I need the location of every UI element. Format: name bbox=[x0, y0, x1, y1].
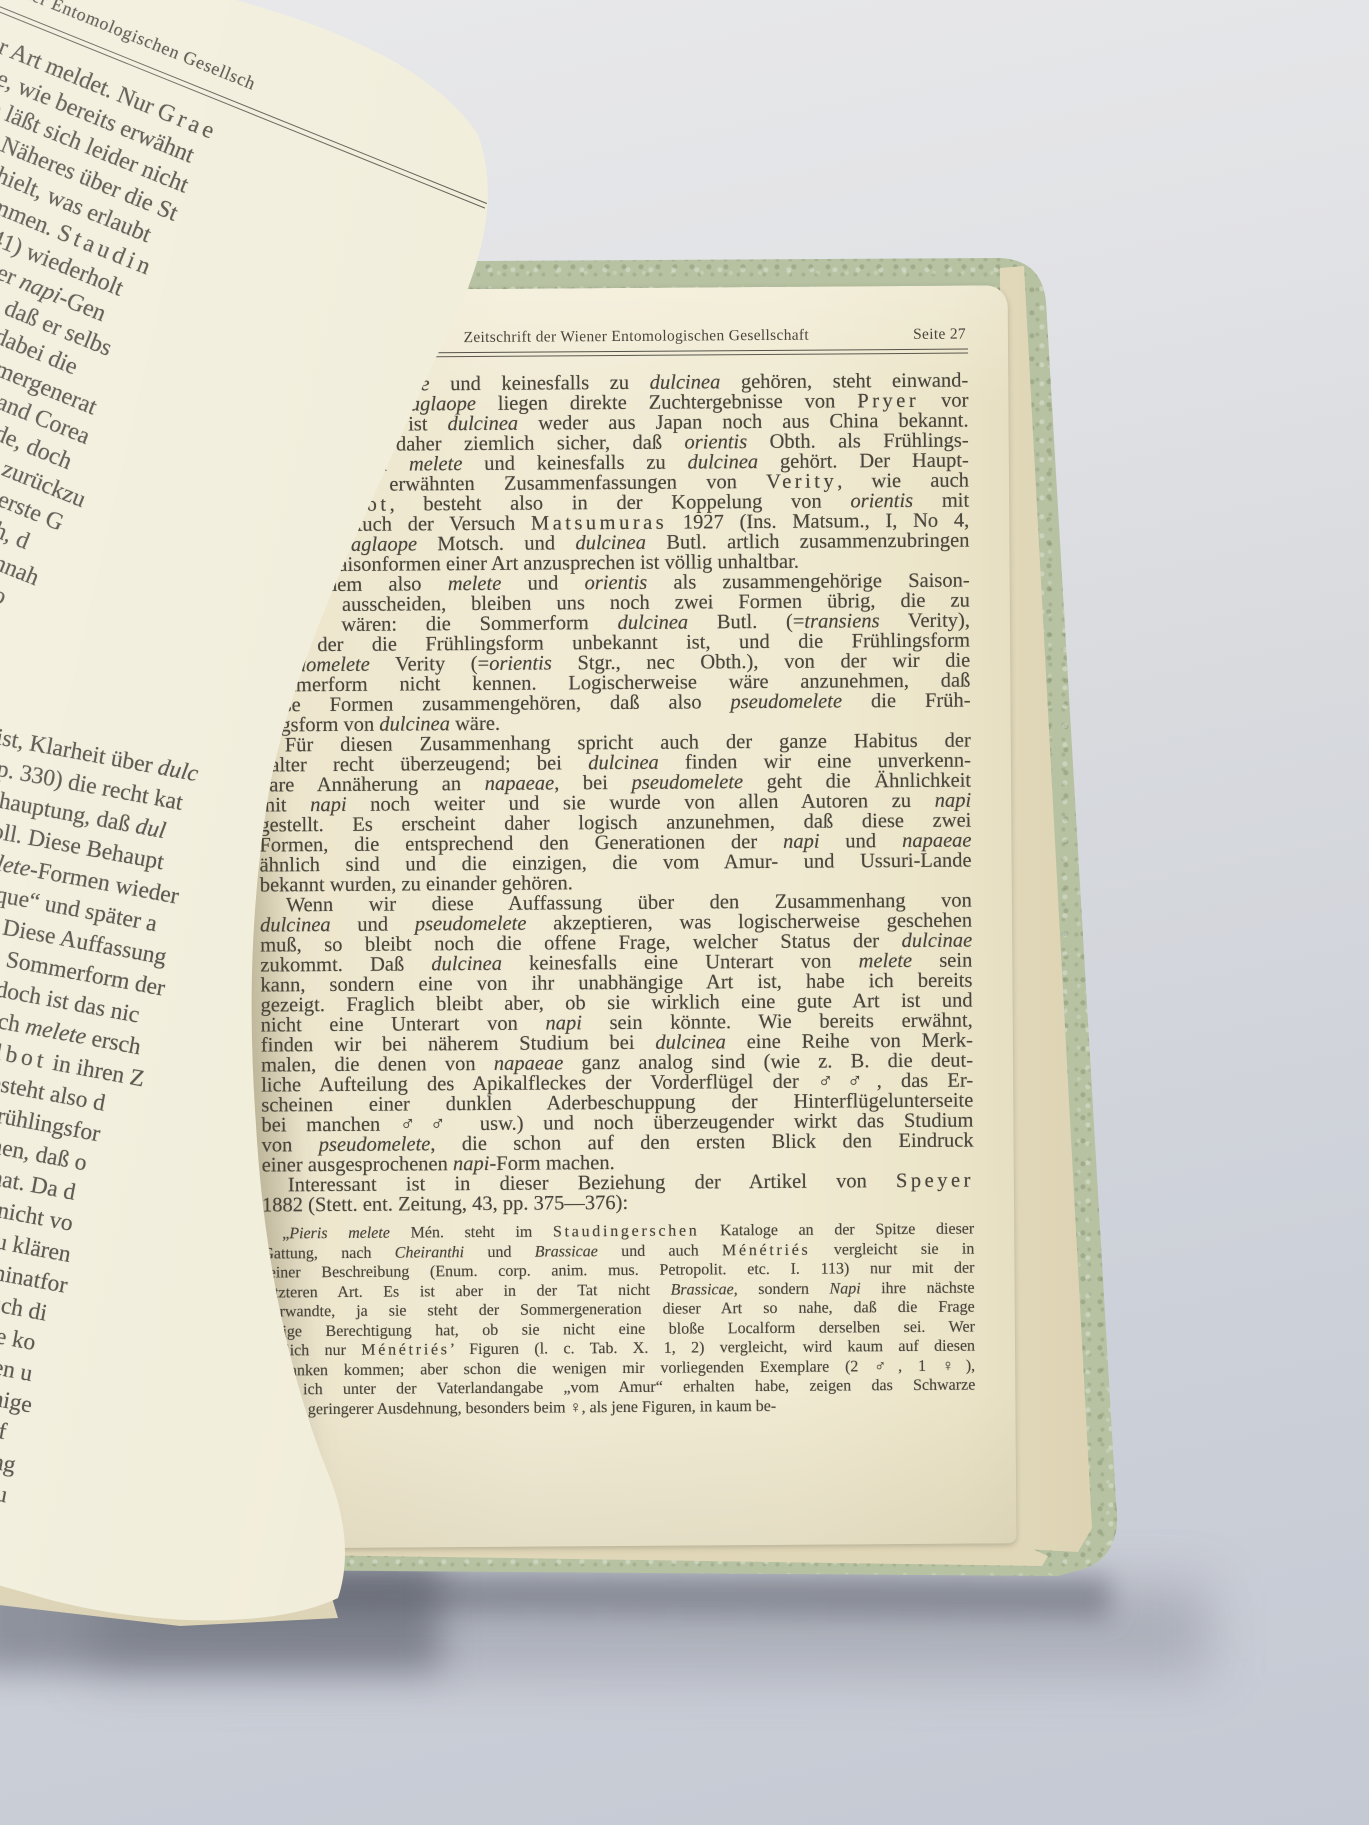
text-line: von pseudomelete, die schon auf den erst… bbox=[262, 1131, 974, 1156]
text-run: vor bbox=[919, 390, 968, 412]
journal-title: Zeitschrift der Wiener Entomologischen G… bbox=[463, 327, 809, 347]
quote-paragraph: „Pieris melete Mén. steht im Staudingers… bbox=[262, 1220, 975, 1420]
text-run: napi bbox=[935, 790, 972, 812]
photo-open-book: 45. Jg. 1960 Zeitschrift der Wiener Ento… bbox=[0, 0, 1369, 1825]
text-run: Cheiranthi bbox=[395, 1244, 464, 1261]
text-run: wäre. bbox=[450, 713, 500, 735]
text-run: mit bbox=[913, 490, 969, 512]
text-run: Speyer bbox=[896, 1170, 974, 1193]
text-run: Staudingerschen bbox=[553, 1222, 700, 1240]
text-run: Brassicae bbox=[535, 1243, 598, 1260]
text-line: ähnlich sind und die einzigen, die vom A… bbox=[260, 851, 972, 876]
text-run: in viel geringerer Ausdehnung, besonders… bbox=[263, 1397, 776, 1418]
text-run: , sondern bbox=[734, 1280, 830, 1298]
text-run: dulc bbox=[156, 754, 201, 787]
text-run: die Früh- bbox=[842, 690, 971, 713]
text-run: , die schon auf den ersten Blick den Ein… bbox=[430, 1130, 973, 1156]
text-run: Ménétriés bbox=[361, 1341, 450, 1359]
text-run: napi bbox=[545, 1012, 582, 1034]
text-run: Ménétriés bbox=[722, 1241, 811, 1259]
text-run: Kataloge an der Spitze dieser bbox=[699, 1221, 974, 1240]
text-run: und bbox=[464, 1243, 535, 1260]
text-run: melete bbox=[409, 453, 463, 475]
text-line: 1882 (Stett. ent. Zeitung, 43, pp. 375—3… bbox=[262, 1191, 974, 1216]
body-paragraph: Interessant ist in dieser Beziehung der … bbox=[262, 1171, 974, 1216]
text-run: letzteren Art. Es ist aber in der Tat ni… bbox=[263, 1281, 671, 1301]
text-run: 1882 (Stett. ent. Zeitung, 43, pp. 375—3… bbox=[262, 1192, 628, 1217]
text-run: napi bbox=[310, 794, 347, 816]
text-run: Verwandte, ja sie steht der Sommergenera… bbox=[263, 1299, 975, 1321]
page-number: Seite 27 bbox=[913, 326, 966, 344]
text-run: melete bbox=[859, 950, 913, 972]
text-run: dul bbox=[134, 813, 168, 844]
text-run: napi bbox=[783, 831, 820, 853]
text-run: Butl. artlich zusammenzubringen bbox=[646, 530, 970, 554]
text-run: seiner Beschreibung (Enum. corp. anim. m… bbox=[262, 1260, 974, 1282]
text-run: sein bbox=[912, 950, 972, 972]
text-run: die ich unter der Vaterlandangabe „vom A… bbox=[263, 1377, 975, 1399]
text-run: napi bbox=[453, 1153, 490, 1175]
text-line: diese Formen zusammengehören, daß also p… bbox=[258, 691, 970, 716]
text-run: Napi bbox=[829, 1280, 860, 1297]
text-run: pseudomelete bbox=[730, 690, 842, 713]
text-run: vergleicht sie in bbox=[810, 1240, 974, 1258]
text-run: Mén. steht im bbox=[390, 1223, 553, 1241]
body-paragraph: Wenn wir diese Auffassung über den Zusam… bbox=[260, 891, 974, 1176]
text-run: ’ Figuren (l. c. Tab. X. 1, 2) vergleich… bbox=[450, 1338, 975, 1359]
text-run: Brassicae bbox=[671, 1281, 734, 1298]
right-page-body: formen zu melete und keinesfalls zu dulc… bbox=[256, 371, 975, 1420]
text-run: Pryer bbox=[857, 390, 919, 412]
text-run: melete bbox=[448, 573, 502, 595]
text-run: ihre nächste bbox=[861, 1279, 975, 1297]
body-paragraph: Für diesen Zusammenhang spricht auch der… bbox=[259, 731, 972, 896]
text-run: und auch bbox=[598, 1242, 722, 1260]
body-paragraph: Nachdem also melete und orientis als zus… bbox=[258, 571, 971, 736]
